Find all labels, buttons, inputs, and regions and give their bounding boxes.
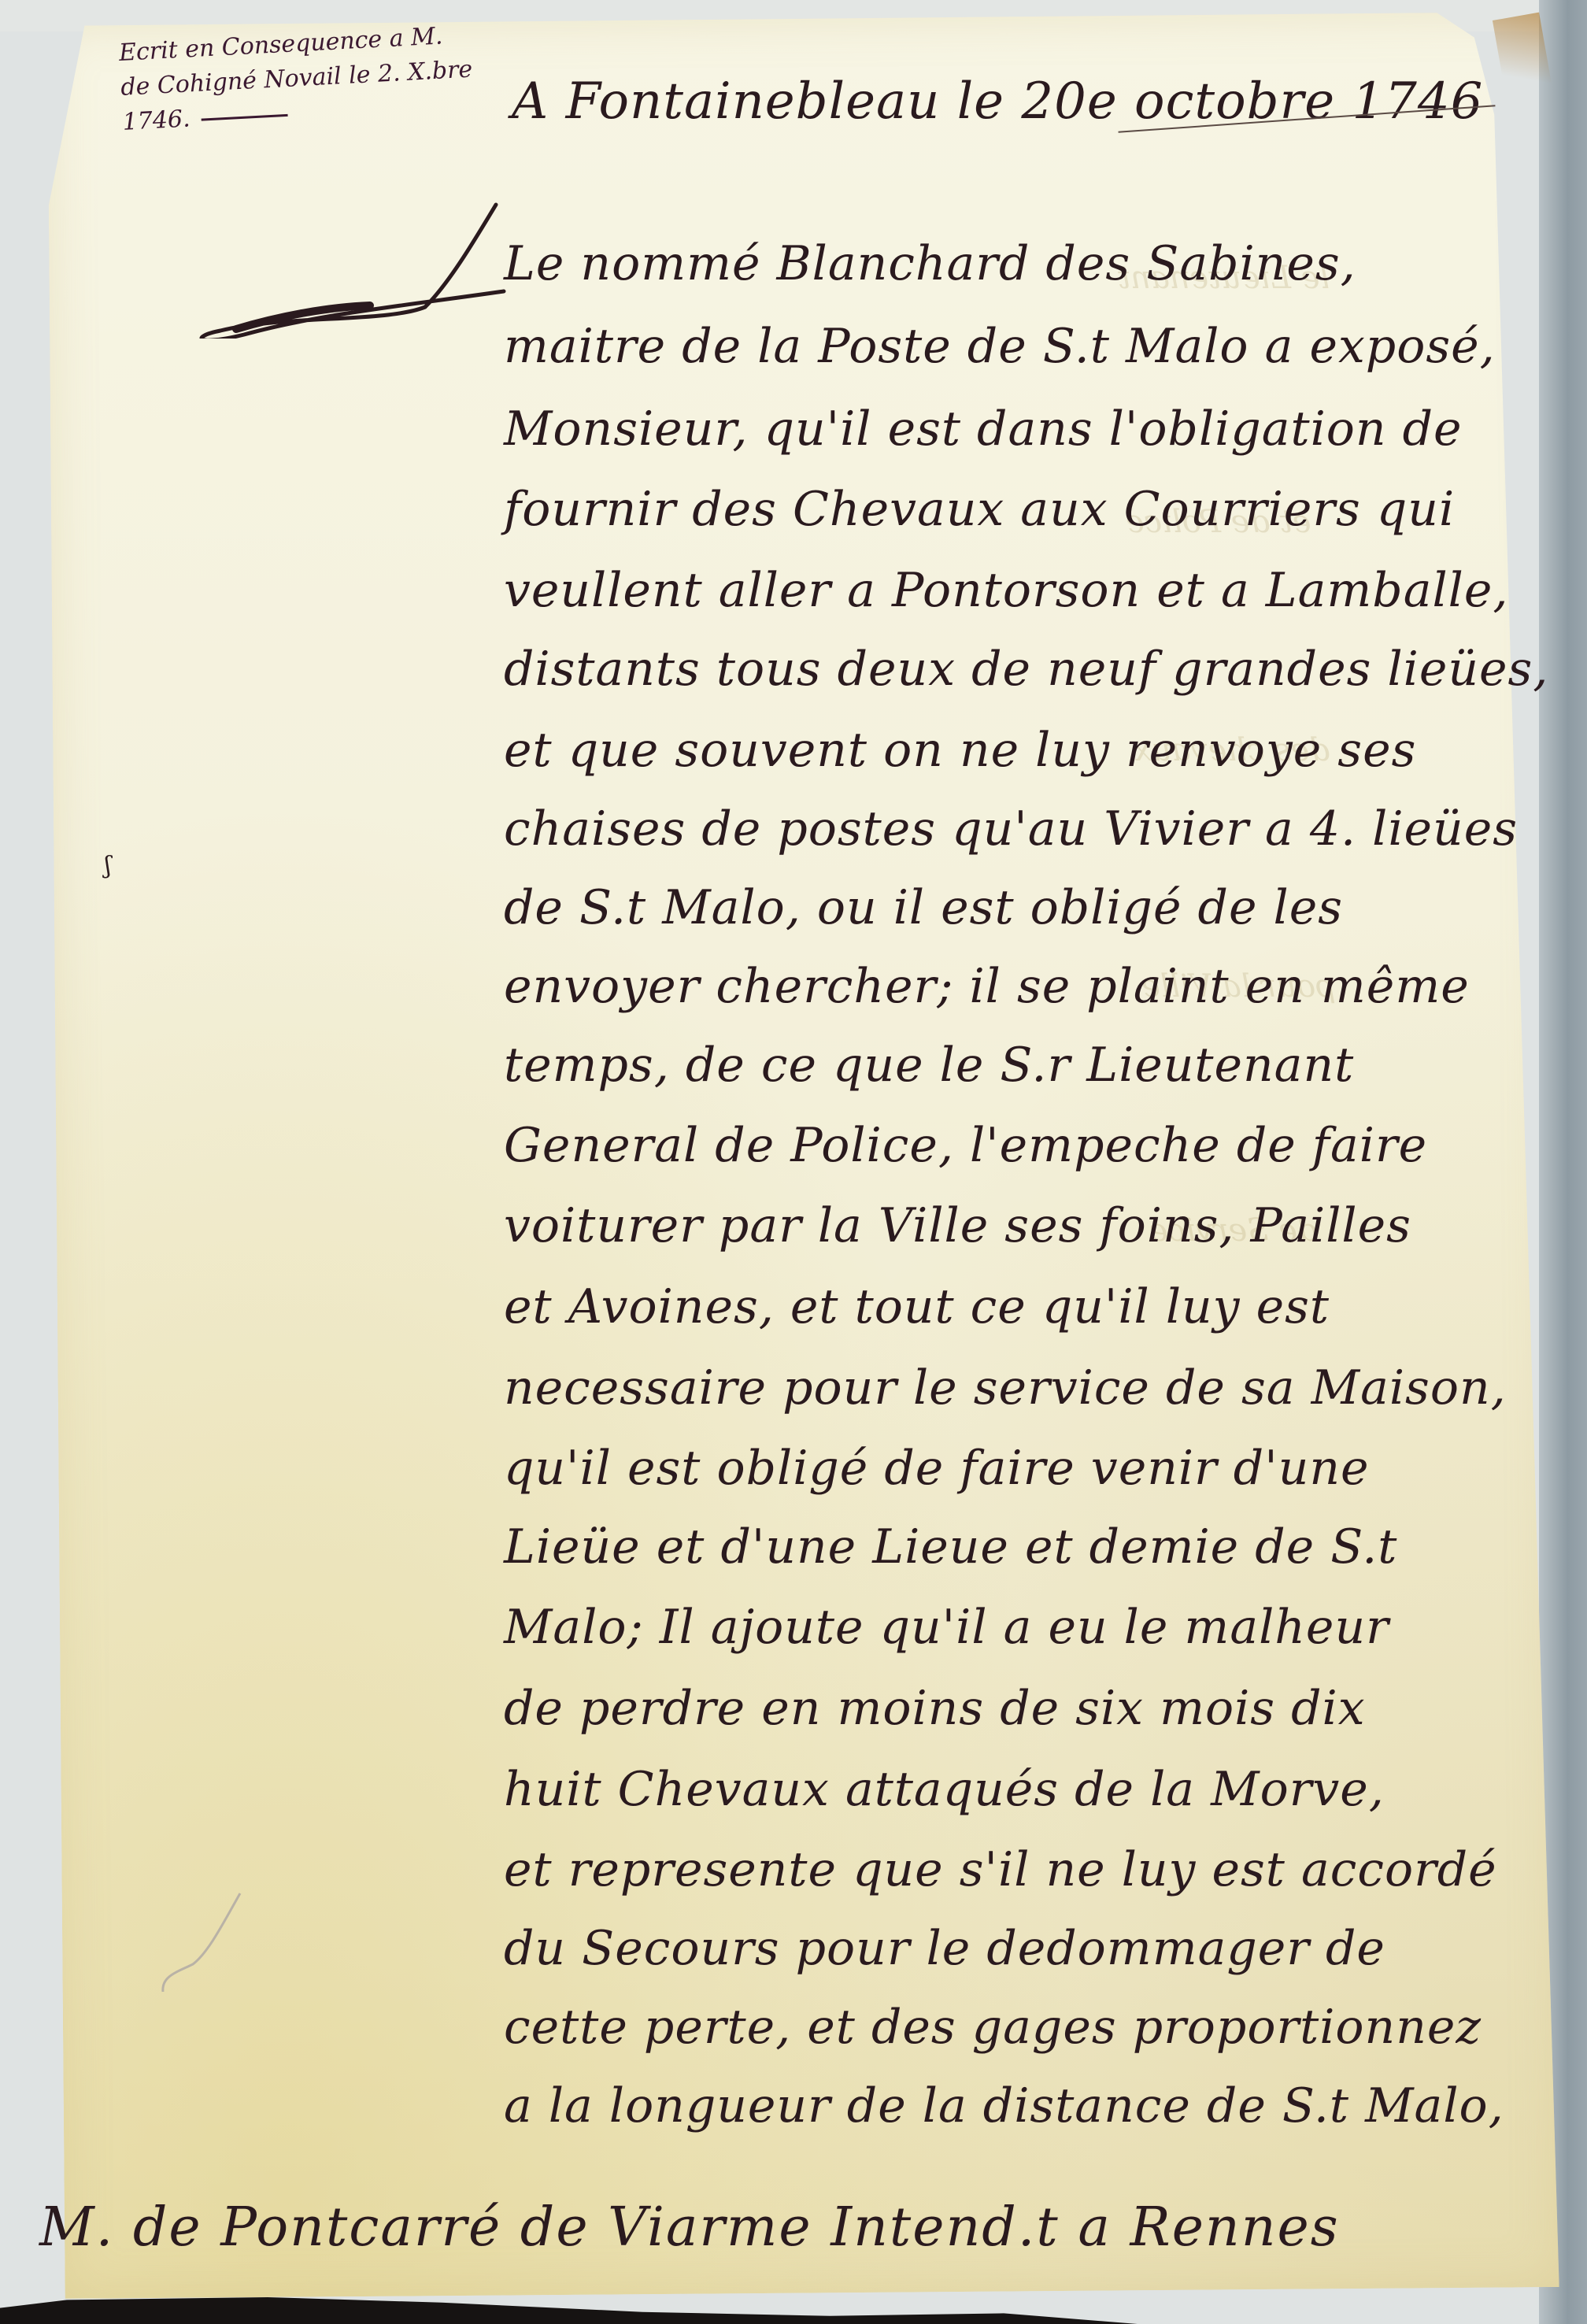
letter-line: envoyer chercher; il se plaint en même — [504, 959, 1470, 1014]
letter-heading-date: A Fontainebleau le 20e octobre 1746 — [512, 72, 1483, 131]
letter-line: cette perte, et des gages proportionnez — [504, 2000, 1482, 2055]
letter-line: General de Police, l'empeche de faire — [504, 1118, 1427, 1173]
bottom-shadow — [0, 2297, 1338, 2324]
letter-line: et Avoines, et tout ce qu'il luy est — [504, 1279, 1330, 1334]
letter-line: Malo; Il ajoute qu'il a eu le malheur — [504, 1600, 1389, 1655]
letter-line: Lieüe et d'une Lieue et demie de S.t — [504, 1519, 1397, 1575]
letter-line: du Secours pour le dedommager de — [504, 1921, 1385, 1976]
letter-line: et represente que s'il ne luy est accord… — [504, 1842, 1497, 1897]
letter-line: qu'il est obligé de faire venir d'une — [504, 1441, 1369, 1496]
recipient-address: M. de Pontcarré de Viarme Intend.t a Ren… — [39, 2196, 1340, 2259]
letter-line: et que souvent on ne luy renvoye ses — [504, 723, 1416, 778]
letter-line: veullent aller a Pontorson et a Lamballe… — [504, 563, 1508, 618]
pencil-mark-icon — [154, 1889, 248, 2000]
letter-line: a la longueur de la distance de S.t Malo… — [504, 2078, 1504, 2133]
letter-line: voiturer par la Ville ses foins, Pailles — [504, 1198, 1411, 1253]
initial-flourish-icon — [189, 197, 520, 339]
letter-line: chaises de postes qu'au Vivier a 4. lieü… — [504, 801, 1518, 857]
letter-line: temps, de ce que le S.r Lieutenant — [504, 1038, 1354, 1093]
letter-line: fournir des Chevaux aux Courriers qui — [504, 482, 1455, 537]
letter-line: maitre de la Poste de S.t Malo a exposé, — [504, 319, 1496, 374]
margin-note-underline — [201, 113, 287, 120]
letter-line: necessaire pour le service de sa Maison, — [504, 1360, 1507, 1415]
letter-line: Le nommé Blanchard des Sabines, — [504, 236, 1356, 291]
letter-line: huit Chevaux attaqués de la Morve, — [504, 1762, 1385, 1817]
margin-note: Ecrit en Consequence a M. de Cohigné Nov… — [118, 18, 475, 140]
letter-line: Monsieur, qu'il est dans l'obligation de — [504, 402, 1463, 457]
letter-line: distants tous deux de neuf grandes lieüe… — [504, 642, 1548, 697]
letter-line: de S.t Malo, ou il est obligé de les — [504, 880, 1343, 935]
letter-line: de perdre en moins de six mois dix — [504, 1681, 1366, 1736]
margin-ink-mark: ʃ — [105, 852, 111, 879]
